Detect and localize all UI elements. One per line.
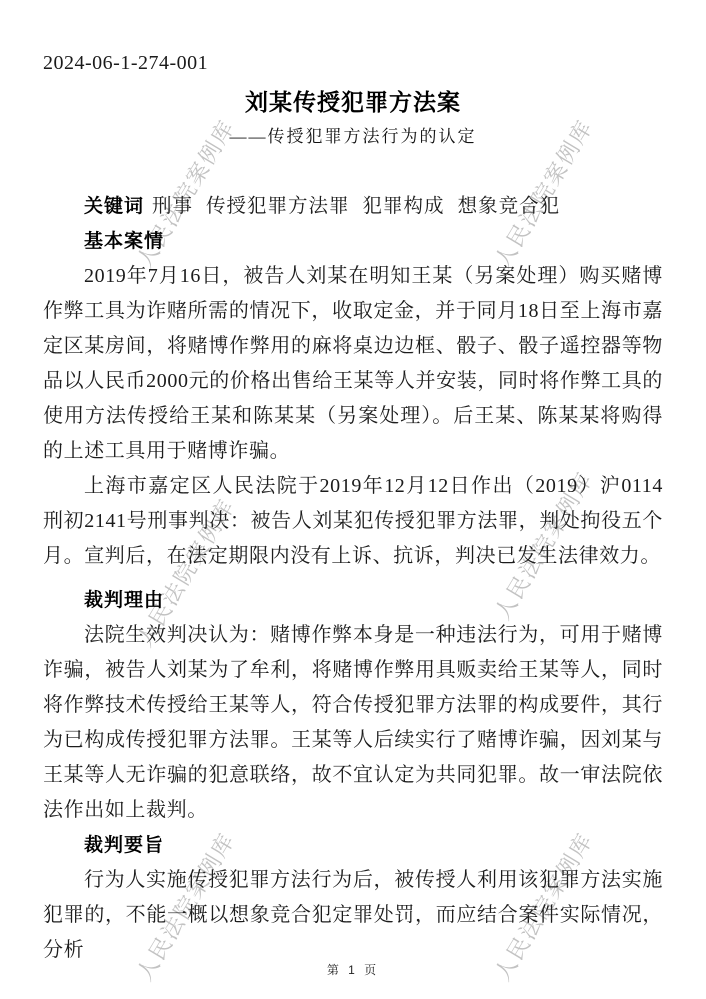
section-heading-basic-facts: 基本案情 xyxy=(43,224,663,259)
paragraph-basic-facts-1: 2019年7月16日，被告人刘某在明知王某（另案处理）购买赌博作弊工具为诈赌所需… xyxy=(43,259,663,469)
court-case-document-page: 人民法院案例库 人民法院案例库 人民法院案例库 人民法院案例库 人民法院案例库 … xyxy=(0,0,706,999)
paragraph-judgment-gist: 行为人实施传授犯罪方法行为后，被传授人利用该犯罪方法实施犯罪的，不能一概以想象竞… xyxy=(43,863,663,968)
keyword-item: 犯罪构成 xyxy=(363,196,445,217)
document-content: 2024-06-1-274-001 刘某传授犯罪方法案 ——传授犯罪方法行为的认… xyxy=(0,0,706,999)
case-title: 刘某传授犯罪方法案 xyxy=(0,84,706,117)
paragraph-basic-facts-2: 上海市嘉定区人民法院于2019年12月12日作出（2019）沪0114刑初214… xyxy=(43,469,663,574)
page-number-footer: 第 1 页 xyxy=(0,961,706,978)
paragraph-judgment-reasons: 法院生效判决认为：赌博作弊本身是一种违法行为，可用于赌博诈骗，被告人刘某为了牟利… xyxy=(43,618,663,828)
keyword-item: 刑事 xyxy=(152,196,193,217)
case-reference-number: 2024-06-1-274-001 xyxy=(43,52,208,75)
keyword-item: 传授犯罪方法罪 xyxy=(206,196,350,217)
keywords-label: 关键词 xyxy=(84,196,144,217)
keyword-item: 想象竞合犯 xyxy=(458,196,561,217)
section-heading-judgment-gist: 裁判要旨 xyxy=(43,828,663,863)
section-heading-judgment-reasons: 裁判理由 xyxy=(43,583,663,618)
case-subtitle: ——传授犯罪方法行为的认定 xyxy=(0,122,706,147)
keywords-line: 关键词刑事传授犯罪方法罪犯罪构成想象竞合犯 xyxy=(43,189,663,224)
document-body: 关键词刑事传授犯罪方法罪犯罪构成想象竞合犯 基本案情 2019年7月16日，被告… xyxy=(43,189,663,968)
